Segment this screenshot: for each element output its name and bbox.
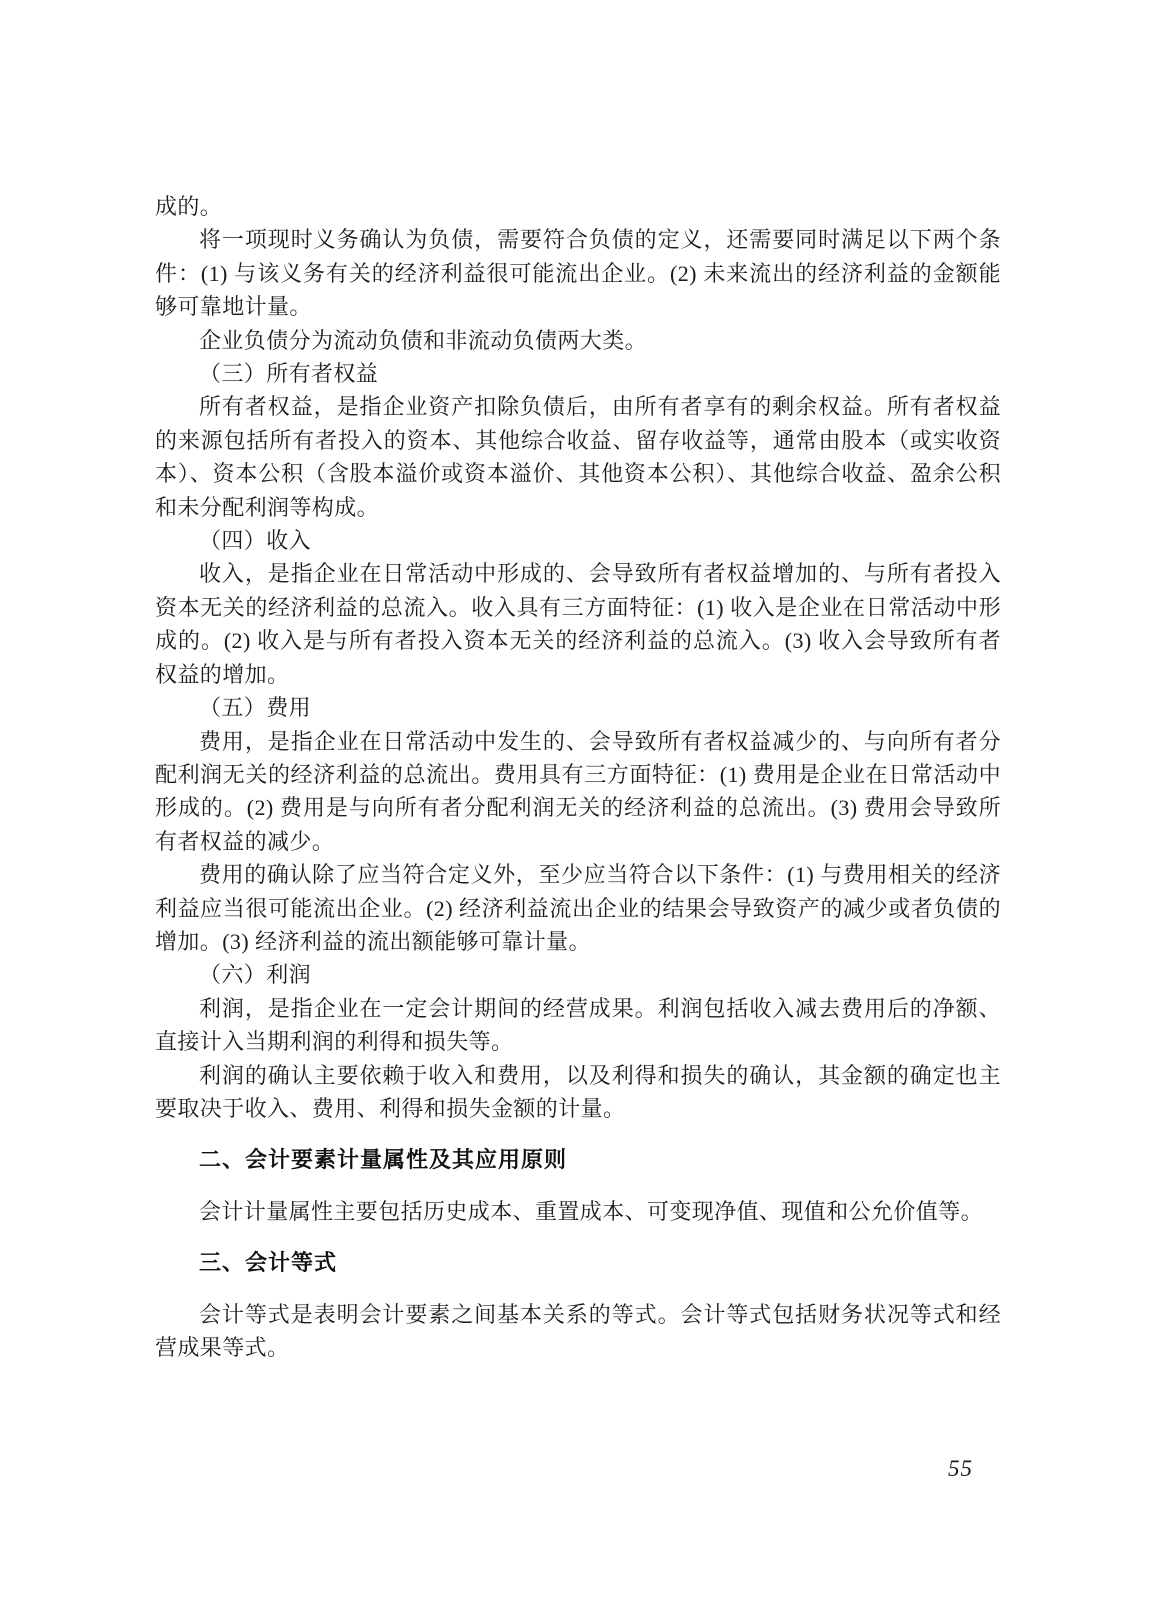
subsection-title: （五）费用	[155, 691, 1001, 724]
document-page: 成的。 将一项现时义务确认为负债，需要符合负债的定义，还需要同时满足以下两个条件…	[0, 0, 1156, 1600]
paragraph: 费用，是指企业在日常活动中发生的、会导致所有者权益减少的、与向所有者分配利润无关…	[155, 725, 1001, 859]
text-column: 成的。 将一项现时义务确认为负债，需要符合负债的定义，还需要同时满足以下两个条件…	[155, 190, 1001, 1364]
subsection-title: （四）收入	[155, 524, 1001, 557]
paragraph: 成的。	[155, 190, 1001, 223]
paragraph: 费用的确认除了应当符合定义外，至少应当符合以下条件：(1) 与费用相关的经济利益…	[155, 858, 1001, 958]
subsection-title: （三）所有者权益	[155, 357, 1001, 390]
section-heading: 二、会计要素计量属性及其应用原则	[155, 1143, 1001, 1176]
paragraph: 会计计量属性主要包括历史成本、重置成本、可变现净值、现值和公允价值等。	[155, 1195, 1001, 1228]
paragraph: 将一项现时义务确认为负债，需要符合负债的定义，还需要同时满足以下两个条件：(1)…	[155, 223, 1001, 323]
paragraph: 收入，是指企业在日常活动中形成的、会导致所有者权益增加的、与所有者投入资本无关的…	[155, 557, 1001, 691]
paragraph: 利润的确认主要依赖于收入和费用，以及利得和损失的确认，其金额的确定也主要取决于收…	[155, 1059, 1001, 1126]
subsection-title: （六）利润	[155, 958, 1001, 991]
paragraph: 利润，是指企业在一定会计期间的经营成果。利润包括收入减去费用后的净额、直接计入当…	[155, 992, 1001, 1059]
paragraph: 会计等式是表明会计要素之间基本关系的等式。会计等式包括财务状况等式和经营成果等式…	[155, 1298, 1001, 1365]
page-number: 55	[948, 1456, 973, 1482]
section-heading: 三、会计等式	[155, 1246, 1001, 1279]
paragraph: 企业负债分为流动负债和非流动负债两大类。	[155, 324, 1001, 357]
paragraph: 所有者权益，是指企业资产扣除负债后，由所有者享有的剩余权益。所有者权益的来源包括…	[155, 390, 1001, 524]
